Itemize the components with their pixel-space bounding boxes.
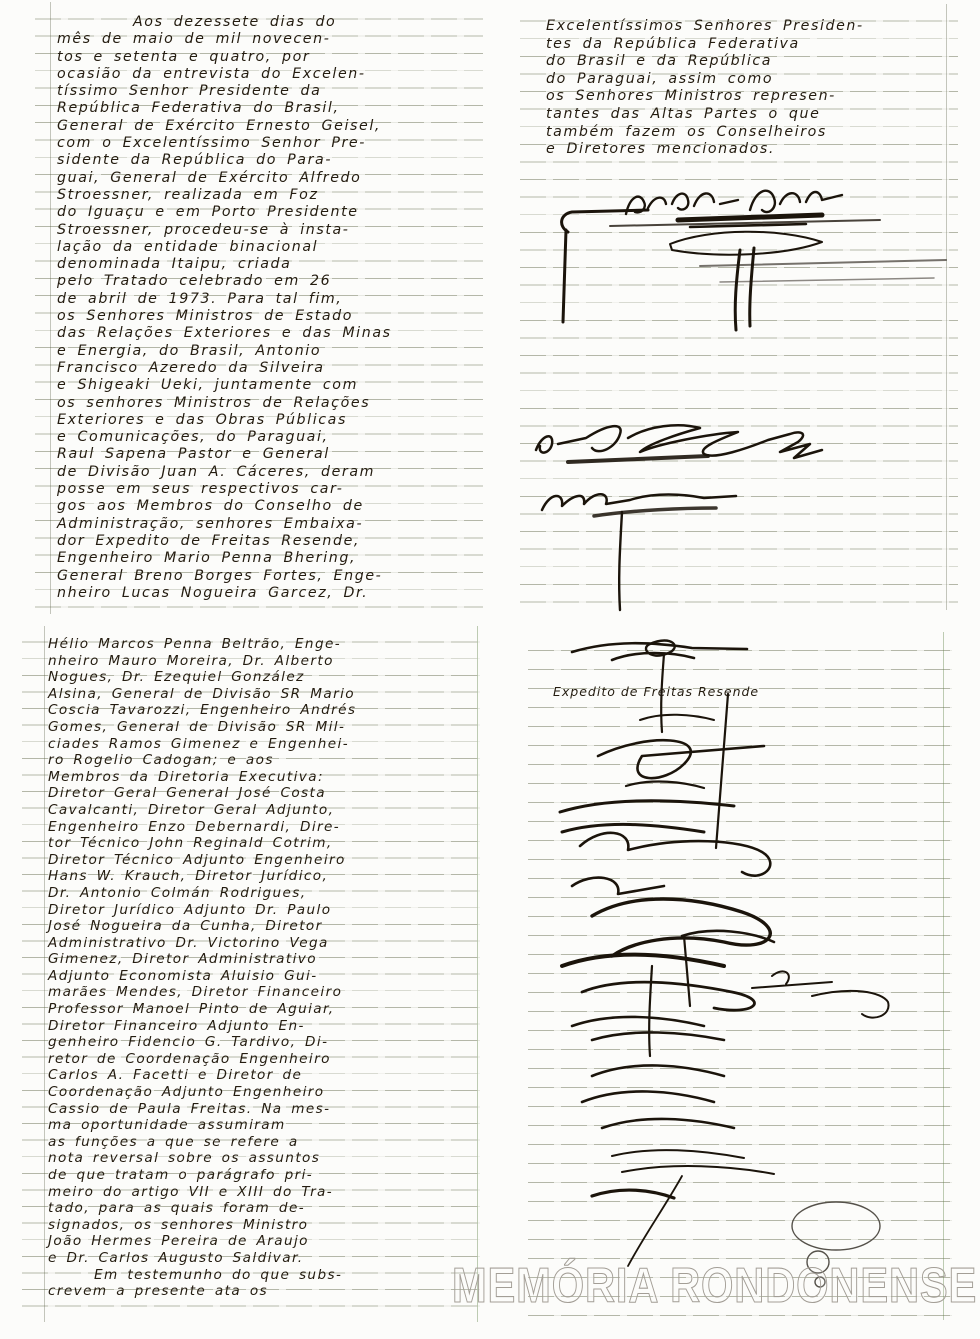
handwritten-line: Cavalcanti, Diretor Geral Adjunto, [48, 802, 476, 819]
handwritten-line: ciades Ramos Gimenez e Engenhei- [48, 736, 476, 753]
handwritten-line: Coordenação Adjunto Engenheiro [48, 1084, 476, 1101]
handwritten-line: João Hermes Pereira de Araujo [48, 1233, 476, 1250]
page-bottom-left: Hélio Marcos Penna Beltrão, Enge-nheiro … [22, 626, 480, 1322]
page-top-right: Excelentíssimos Senhores Presiden-tes da… [520, 4, 958, 610]
handwritten-line: Nogues, Dr. Ezequiel González [48, 669, 476, 686]
handwritten-line: Administrativo Dr. Victorino Vega [48, 935, 476, 952]
handwritten-line: Alsina, General de Divisão SR Mario [48, 686, 476, 703]
handwritten-line: Gomes, General de Divisão SR Mil- [48, 719, 476, 736]
handwritten-line: ocasião da entrevista do Excelen- [57, 66, 479, 83]
handwritten-line: com o Excelentíssimo Senhor Pre- [57, 135, 479, 152]
signature-alfredo-stroessner [550, 202, 950, 344]
handwritten-line: ma oportunidade assumiram [48, 1117, 476, 1134]
handwritten-line: do Brasil e da República [546, 53, 952, 71]
handwritten-line: Hans W. Krauch, Diretor Jurídico, [48, 868, 476, 885]
handwritten-line: Hélio Marcos Penna Beltrão, Enge- [48, 636, 476, 653]
handwritten-line: e Diretores mencionados. [546, 141, 952, 159]
handwritten-line: Aos dezessete dias do [57, 14, 479, 31]
handwritten-line: Carlos A. Facetti e Diretor de [48, 1067, 476, 1084]
handwritten-line: tíssimo Senhor Presidente da [57, 83, 479, 100]
handwritten-line: nheiro Mauro Moreira, Dr. Alberto [48, 653, 476, 670]
handwritten-line: os senhores Ministros de Relações [57, 395, 479, 412]
handwritten-line: Diretor Geral General José Costa [48, 785, 476, 802]
handwritten-line: Adjunto Economista Aluisio Gui- [48, 968, 476, 985]
handwritten-line: Excelentíssimos Senhores Presiden- [546, 18, 952, 36]
handwritten-line: dor Expedito de Freitas Resende, [57, 533, 479, 550]
handwritten-line: Engenheiro Enzo Debernardi, Dire- [48, 819, 476, 836]
handwritten-line: Em testemunho do que subs- [48, 1267, 476, 1284]
signature-sapena-pastor [534, 482, 774, 614]
handwritten-line: crevem a presente ata os [48, 1283, 476, 1300]
handwritten-line: República Federativa do Brasil, [57, 100, 479, 117]
handwritten-line: mês de maio de mil novecen- [57, 31, 479, 48]
handwritten-line: genheiro Fidencio G. Tardivo, Di- [48, 1034, 476, 1051]
handwritten-line: e Shigeaki Ueki, juntamente com [57, 377, 479, 394]
handwritten-line: nota reversal sobre os assuntos [48, 1150, 476, 1167]
handwritten-line: posse em seus respectivos car- [57, 481, 479, 498]
handwritten-line: Membros da Diretoria Executiva: [48, 769, 476, 786]
watermark-text: MEMÓRIA RONDONENSE [452, 1258, 894, 1314]
margin-line-right [477, 626, 478, 1322]
page-top-left: Aos dezessete dias domês de maio de mil … [35, 2, 483, 614]
handwritten-line: do Paraguai, assim como [546, 71, 952, 89]
handwritten-line: e Energia, do Brasil, Antonio [57, 343, 479, 360]
handwritten-line: Diretor Financeiro Adjunto En- [48, 1018, 476, 1035]
handwritten-line: de abril de 1973. Para tal fim, [57, 291, 479, 308]
handwritten-line: tantes das Altas Partes o que [546, 106, 952, 124]
handwritten-line: guai, General de Exército Alfredo [57, 170, 479, 187]
handwritten-line: meiro do artigo VII e XIII do Tra- [48, 1184, 476, 1201]
manuscript-text-top-right: Excelentíssimos Senhores Presiden-tes da… [546, 18, 952, 159]
handwritten-line: José Nogueira da Cunha, Diretor [48, 918, 476, 935]
margin-line [943, 632, 944, 1320]
handwritten-line: as funções a que se refere a [48, 1134, 476, 1151]
handwritten-line: Administração, senhores Embaixa- [57, 516, 479, 533]
handwritten-line: Professor Manoel Pinto de Aguiar, [48, 1001, 476, 1018]
scanned-document: Aos dezessete dias domês de maio de mil … [0, 0, 980, 1339]
handwritten-line: e Dr. Carlos Augusto Saldivar. [48, 1250, 476, 1267]
margin-line [44, 626, 45, 1322]
handwritten-line: Raul Sapena Pastor e General [57, 446, 479, 463]
handwritten-line: Francisco Azeredo da Silveira [57, 360, 479, 377]
handwritten-line: retor de Coordenação Engenheiro [48, 1051, 476, 1068]
handwritten-line: das Relações Exteriores e das Minas [57, 325, 479, 342]
margin-line [50, 2, 51, 614]
handwritten-line: General de Exército Ernesto Geisel, [57, 118, 479, 135]
handwritten-line: Coscia Tavarozzi, Engenheiro Andrés [48, 702, 476, 719]
handwritten-line: os Senhores Ministros de Estado [57, 308, 479, 325]
handwritten-line: tes da República Federativa [546, 36, 952, 54]
handwritten-line: nheiro Lucas Nogueira Garcez, Dr. [57, 585, 479, 602]
handwritten-line: ro Rogelio Cadogan; e aos [48, 752, 476, 769]
handwritten-line: General Breno Borges Fortes, Enge- [57, 568, 479, 585]
handwritten-line: tado, para as quais foram de- [48, 1200, 476, 1217]
handwritten-line: Diretor Jurídico Adjunto Dr. Paulo [48, 902, 476, 919]
signature-cluster [532, 636, 942, 1272]
handwritten-line: também fazem os Conselheiros [546, 124, 952, 142]
handwritten-line: e Comunicações, do Paraguai, [57, 429, 479, 446]
handwritten-line: de que tratam o parágrafo pri- [48, 1167, 476, 1184]
handwritten-line: Gimenez, Diretor Administrativo [48, 951, 476, 968]
handwritten-line: Dr. Antonio Colmán Rodrigues, [48, 885, 476, 902]
signature-azeredo-da-silveira [528, 404, 858, 488]
handwritten-line: gos aos Membros do Conselho de [57, 498, 479, 515]
handwritten-line: de Divisão Juan A. Cáceres, deram [57, 464, 479, 481]
handwritten-line: Stroessner, realizada em Foz [57, 187, 479, 204]
handwritten-line: Stroessner, procedeu-se à insta- [57, 222, 479, 239]
handwritten-line: pelo Tratado celebrado em 26 [57, 273, 479, 290]
manuscript-text-bottom-left: Hélio Marcos Penna Beltrão, Enge-nheiro … [48, 636, 476, 1300]
handwritten-line: Exteriores e das Obras Públicas [57, 412, 479, 429]
handwritten-line: do Iguaçu e em Porto Presidente [57, 204, 479, 221]
handwritten-line: Cassio de Paula Freitas. Na mes- [48, 1101, 476, 1118]
handwritten-line: lação da entidade binacional [57, 239, 479, 256]
handwritten-line: denominada Itaipu, criada [57, 256, 479, 273]
handwritten-line: Diretor Técnico Adjunto Engenheiro [48, 852, 476, 869]
handwritten-line: Engenheiro Mario Penna Bhering, [57, 550, 479, 567]
handwritten-line: sidente da República do Para- [57, 152, 479, 169]
handwritten-line: tos e setenta e quatro, por [57, 49, 479, 66]
manuscript-text-top-left: Aos dezessete dias domês de maio de mil … [57, 14, 479, 602]
handwritten-line: signados, os senhores Ministro [48, 1217, 476, 1234]
handwritten-line: marães Mendes, Diretor Financeiro [48, 984, 476, 1001]
handwritten-line: os Senhores Ministros represen- [546, 88, 952, 106]
handwritten-line: tor Técnico John Reginald Cotrim, [48, 835, 476, 852]
